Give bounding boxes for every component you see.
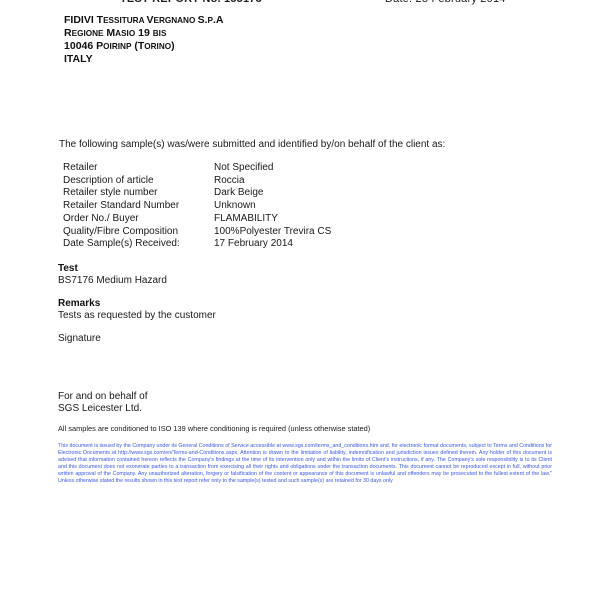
client-address-city: 10046 POIRINP (TORINO) bbox=[64, 40, 175, 53]
sample-detail-row: Retailer Standard NumberUnknown bbox=[63, 200, 331, 213]
sample-detail-label: Quality/Fibre Composition bbox=[63, 226, 214, 239]
sample-detail-label: Retailer Standard Number bbox=[63, 200, 214, 213]
sample-detail-value: Dark Beige bbox=[214, 187, 263, 200]
client-name-part: FIDIVI T bbox=[64, 14, 103, 26]
sample-detail-row: Retailer style numberDark Beige bbox=[63, 187, 331, 200]
sample-detail-row: Quality/Fibre Composition100%Polyester T… bbox=[63, 226, 331, 239]
test-heading: Test bbox=[58, 263, 78, 274]
client-name-part: S. bbox=[198, 14, 208, 26]
sample-detail-value: Not Specified bbox=[214, 162, 273, 175]
client-name-part: ERGNANO bbox=[153, 16, 197, 25]
sample-detail-value: FLAMABILITY bbox=[214, 213, 278, 226]
sample-detail-value: Roccia bbox=[214, 175, 245, 188]
client-address-country: ITALY bbox=[64, 53, 93, 66]
client-name-part: .A bbox=[213, 14, 224, 26]
sample-detail-label: Retailer bbox=[63, 162, 214, 175]
sample-details-table: RetailerNot SpecifiedDescription of arti… bbox=[63, 162, 331, 251]
conditioning-note: All samples are conditioned to ISO 139 w… bbox=[58, 424, 370, 433]
report-date: Date: 28 February 2014 bbox=[385, 0, 506, 5]
sample-detail-value: 100%Polyester Trevira CS bbox=[214, 226, 331, 239]
sample-detail-label: Order No./ Buyer bbox=[63, 213, 214, 226]
legal-disclaimer: This document is issued by the Company u… bbox=[58, 443, 552, 485]
client-name-part: ESSITURA bbox=[103, 16, 146, 25]
signature-label: Signature bbox=[58, 333, 101, 344]
sample-detail-row: Order No./ BuyerFLAMABILITY bbox=[63, 213, 331, 226]
sample-detail-label: Retailer style number bbox=[63, 187, 214, 200]
sample-detail-value: Unknown bbox=[214, 200, 256, 213]
remarks-value: Tests as requested by the customer bbox=[58, 310, 216, 321]
report-number: TEST REPORT No. 155173 bbox=[120, 0, 262, 5]
sample-detail-row: RetailerNot Specified bbox=[63, 162, 331, 175]
sample-detail-row: Description of articleRoccia bbox=[63, 175, 331, 188]
test-value: BS7176 Medium Hazard bbox=[58, 275, 167, 286]
intro-text: The following sample(s) was/were submitt… bbox=[59, 139, 445, 150]
sample-detail-label: Description of article bbox=[63, 175, 214, 188]
on-behalf-company: SGS Leicester Ltd. bbox=[58, 403, 142, 414]
sample-detail-label: Date Sample(s) Received: bbox=[63, 238, 214, 251]
remarks-heading: Remarks bbox=[58, 298, 100, 309]
sample-detail-value: 17 February 2014 bbox=[214, 238, 293, 251]
client-name: FIDIVI TESSITURA VERGNANO S.P.A bbox=[64, 14, 224, 27]
client-address-street: REGIONE MASIO 19 BIS bbox=[64, 27, 166, 40]
on-behalf-line1: For and on behalf of bbox=[58, 391, 148, 402]
sample-detail-row: Date Sample(s) Received:17 February 2014 bbox=[63, 238, 331, 251]
